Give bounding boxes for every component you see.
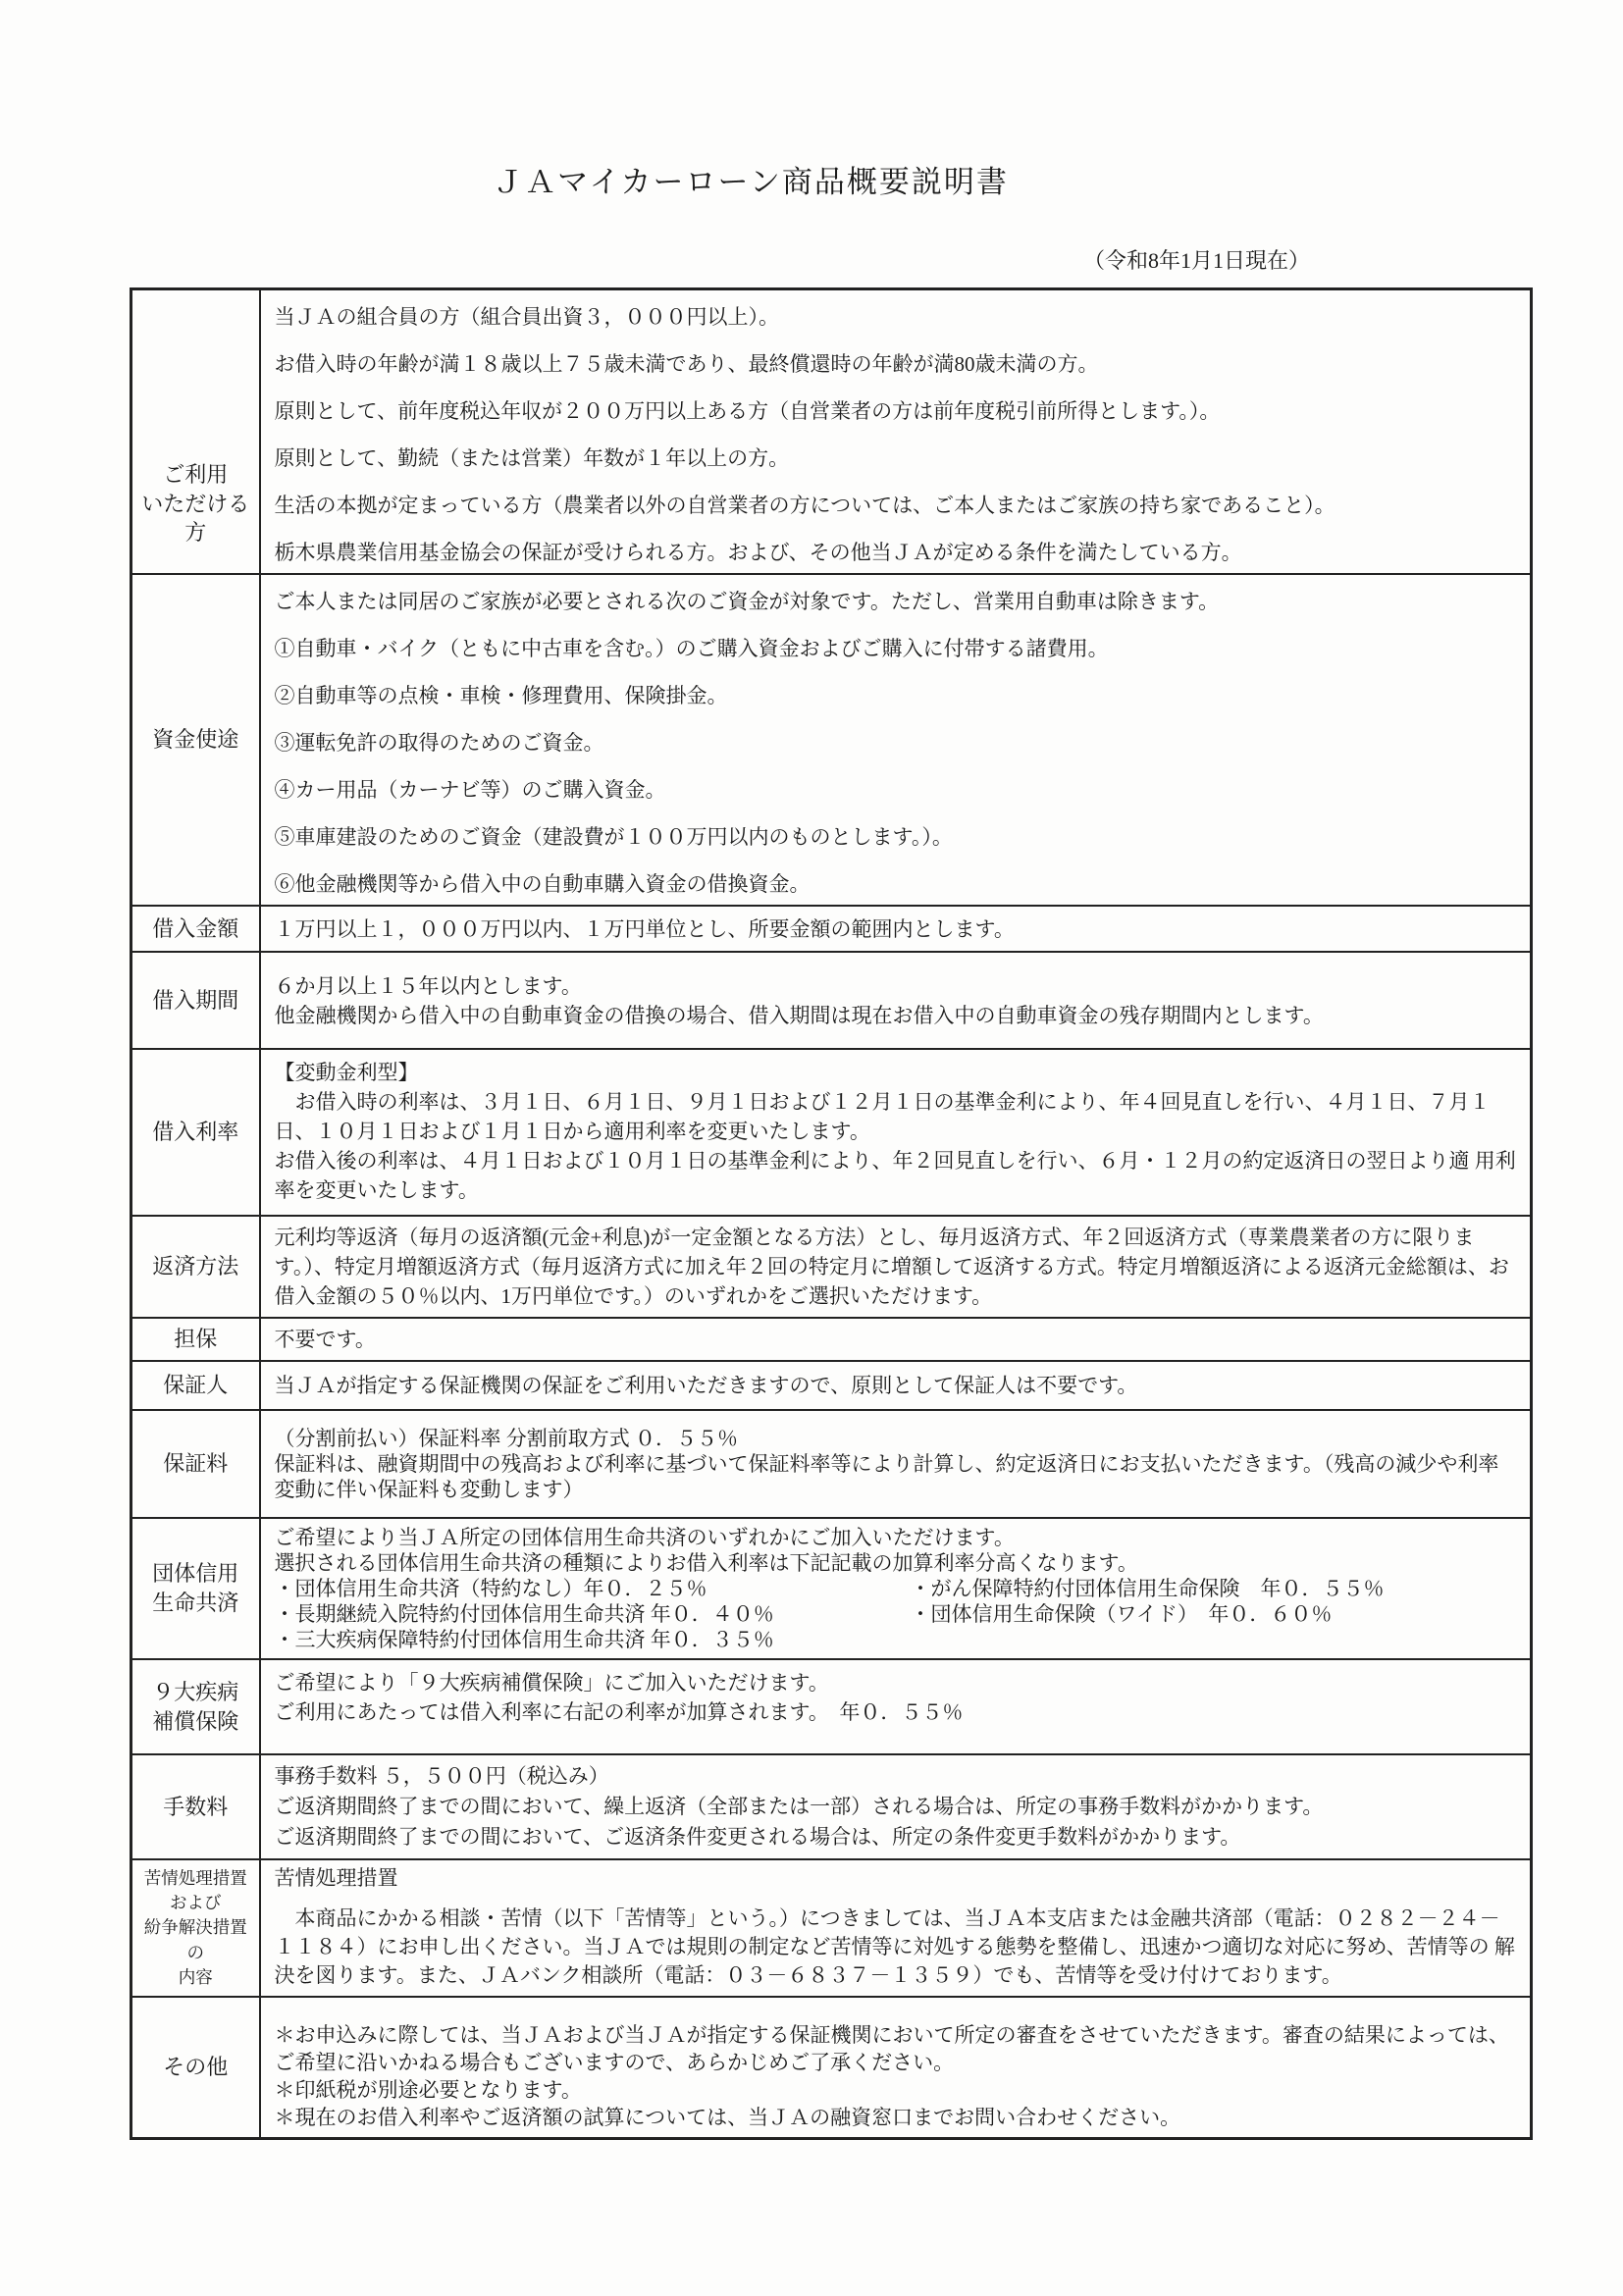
row-label-eligibility: ご利用 いただける方: [131, 289, 260, 575]
row-content-fees: 事務手数料 ５，５００円（税込み） ご返済期間終了までの間において、繰上返済（全…: [260, 1754, 1532, 1859]
paragraph: ＊お申込みに際しては、当ＪＡおよび当ＪＡが指定する保証機関において所定の審査をさ…: [275, 2021, 1517, 2131]
date-note: （令和8年1月1日現在）: [1083, 244, 1310, 275]
row-content-repayment-method: 元利均等返済（毎月の返済額(元金+利息)が一定金額となる方法）とし、毎月返済方式…: [260, 1216, 1532, 1318]
paragraph: ⑥他金融機関等から借入中の自動車購入資金の借換資金。: [275, 869, 1517, 899]
paragraph: ④カー用品（カーナビ等）のご購入資金。: [275, 775, 1517, 805]
paragraph: （分割前払い）保証料率 分割前取方式 ０．５５％ 保証料は、融資期間中の残高およ…: [275, 1426, 1517, 1502]
paragraph: 原則として、前年度税込年収が２００万円以上ある方（自営業者の方は前年度税引前所得…: [275, 396, 1517, 426]
paragraph: 元利均等返済（毎月の返済額(元金+利息)が一定金額となる方法）とし、毎月返済方式…: [275, 1223, 1517, 1311]
row-label-guarantor: 保証人: [131, 1361, 260, 1410]
list-item: ・三大疾病保障特約付団体信用生命共済 年０．３５％: [275, 1627, 911, 1652]
paragraph: 苦情処理措置: [275, 1864, 1517, 1893]
paragraph: 栃木県農業信用基金協会の保証が受けられる方。および、その他当ＪＡが定める条件を満…: [275, 538, 1517, 567]
table-row-guarantee-fee: 保証料 （分割前払い）保証料率 分割前取方式 ０．５５％ 保証料は、融資期間中の…: [131, 1410, 1532, 1518]
loan-spec-table: ご利用 いただける方 当ＪＡの組合員の方（組合員出資３，０００円以上）。 お借入…: [130, 287, 1533, 2140]
row-label-group-credit-life: 団体信用 生命共済: [131, 1518, 260, 1659]
table-row-fund-use: 資金使途 ご本人または同居のご家族が必要とされる次のご資金が対象です。ただし、営…: [131, 574, 1532, 906]
paragraph: ご希望により「９大疾病補償保険」にご加入いただけます。 ご利用にあたっては借入利…: [275, 1668, 1517, 1727]
row-content-group-credit-life: ご希望により当ＪＡ所定の団体信用生命共済のいずれかにご加入いただけます。 選択さ…: [260, 1518, 1532, 1659]
row-content-others: ＊お申込みに際しては、当ＪＡおよび当ＪＡが指定する保証機関において所定の審査をさ…: [260, 1997, 1532, 2139]
credit-life-options-left: ・団体信用生命共済（特約なし）年０．２５％ ・長期継続入院特約付団体信用生命共済…: [275, 1576, 911, 1652]
table-row-interest-rate: 借入利率 【変動金利型】 お借入時の利率は、３月１日、６月１日、９月１日および１…: [131, 1049, 1532, 1216]
paragraph: ご本人または同居のご家族が必要とされる次のご資金が対象です。ただし、営業用自動車…: [275, 587, 1517, 616]
paragraph: 生活の本拠が定まっている方（農業者以外の自営業者の方については、ご本人またはご家…: [275, 491, 1517, 520]
row-label-fees: 手数料: [131, 1754, 260, 1859]
paragraph: 事務手数料 ５，５００円（税込み） ご返済期間終了までの間において、繰上返済（全…: [275, 1761, 1517, 1852]
row-label-repayment-method: 返済方法: [131, 1216, 260, 1318]
page-title: ＪＡマイカーローン商品概要説明書: [0, 157, 1562, 201]
row-content-complaint-handling: 苦情処理措置 本商品にかかる相談・苦情（以下「苦情等」という。）につきましては、…: [260, 1859, 1532, 1997]
paragraph: 本商品にかかる相談・苦情（以下「苦情等」という。）につきましては、当ＪＡ本支店ま…: [275, 1905, 1517, 1990]
table-row-complaint-handling: 苦情処理措置 および 紛争解決措置 の 内容 苦情処理措置 本商品にかかる相談・…: [131, 1859, 1532, 1997]
row-content-collateral: 不要です。: [260, 1318, 1532, 1361]
row-content-fund-use: ご本人または同居のご家族が必要とされる次のご資金が対象です。ただし、営業用自動車…: [260, 574, 1532, 906]
paragraph: ⑤車庫建設のためのご資金（建設費が１００万円以内のものとします。）。: [275, 822, 1517, 852]
row-label-others: その他: [131, 1997, 260, 2139]
list-item: ・団体信用生命保険（ワイド） 年０．６０％: [911, 1601, 1517, 1627]
table-row-loan-amount: 借入金額 １万円以上１，０００万円以内、１万円単位とし、所要金額の範囲内とします…: [131, 906, 1532, 952]
list-item: ・がん保障特約付団体信用生命保険 年０．５５％: [911, 1576, 1517, 1601]
paragraph: 【変動金利型】 お借入時の利率は、３月１日、６月１日、９月１日および１２月１日の…: [275, 1058, 1517, 1205]
row-content-guarantee-fee: （分割前払い）保証料率 分割前取方式 ０．５５％ 保証料は、融資期間中の残高およ…: [260, 1410, 1532, 1518]
row-label-loan-amount: 借入金額: [131, 906, 260, 952]
row-label-fund-use: 資金使途: [131, 574, 260, 906]
table-row-eligibility: ご利用 いただける方 当ＪＡの組合員の方（組合員出資３，０００円以上）。 お借入…: [131, 289, 1532, 575]
table-row-fees: 手数料 事務手数料 ５，５００円（税込み） ご返済期間終了までの間において、繰上…: [131, 1754, 1532, 1859]
row-content-eligibility: 当ＪＡの組合員の方（組合員出資３，０００円以上）。 お借入時の年齢が満１８歳以上…: [260, 289, 1532, 575]
paragraph: 原則として、勤続（または営業）年数が１年以上の方。: [275, 444, 1517, 473]
table-row-collateral: 担保 不要です。: [131, 1318, 1532, 1361]
paragraph: ②自動車等の点検・車検・修理費用、保険掛金。: [275, 681, 1517, 710]
paragraph: ご希望により当ＪＡ所定の団体信用生命共済のいずれかにご加入いただけます。 選択さ…: [275, 1525, 1517, 1576]
list-item: ・長期継続入院特約付団体信用生命共済 年０．４０％: [275, 1601, 911, 1627]
row-content-loan-term: ６か月以上１５年以内とします。 他金融機関から借入中の自動車資金の借換の場合、借…: [260, 952, 1532, 1049]
credit-life-options-right: ・がん保障特約付団体信用生命保険 年０．５５％ ・団体信用生命保険（ワイド） 年…: [911, 1576, 1517, 1652]
row-label-interest-rate: 借入利率: [131, 1049, 260, 1216]
paragraph: ①自動車・バイク（ともに中古車を含む。）のご購入資金およびご購入に付帯する諸費用…: [275, 634, 1517, 663]
table-row-loan-term: 借入期間 ６か月以上１５年以内とします。 他金融機関から借入中の自動車資金の借換…: [131, 952, 1532, 1049]
paragraph: お借入時の年齢が満１８歳以上７５歳未満であり、最終償還時の年齢が満80歳未満の方…: [275, 349, 1517, 379]
row-content-loan-amount: １万円以上１，０００万円以内、１万円単位とし、所要金額の範囲内とします。: [260, 906, 1532, 952]
paragraph: 当ＪＡが指定する保証機関の保証をご利用いただきますので、原則として保証人は不要で…: [275, 1371, 1517, 1400]
row-label-loan-term: 借入期間: [131, 952, 260, 1049]
paragraph: １万円以上１，０００万円以内、１万円単位とし、所要金額の範囲内とします。: [275, 914, 1517, 944]
table-row-guarantor: 保証人 当ＪＡが指定する保証機関の保証をご利用いただきますので、原則として保証人…: [131, 1361, 1532, 1410]
list-item: ・団体信用生命共済（特約なし）年０．２５％: [275, 1576, 911, 1601]
paragraph: ③運転免許の取得のためのご資金。: [275, 728, 1517, 757]
row-content-guarantor: 当ＪＡが指定する保証機関の保証をご利用いただきますので、原則として保証人は不要で…: [260, 1361, 1532, 1410]
table-row-group-credit-life: 団体信用 生命共済 ご希望により当ＪＡ所定の団体信用生命共済のいずれかにご加入い…: [131, 1518, 1532, 1659]
row-content-interest-rate: 【変動金利型】 お借入時の利率は、３月１日、６月１日、９月１日および１２月１日の…: [260, 1049, 1532, 1216]
credit-life-options: ・団体信用生命共済（特約なし）年０．２５％ ・長期継続入院特約付団体信用生命共済…: [275, 1576, 1517, 1652]
table-row-repayment-method: 返済方法 元利均等返済（毎月の返済額(元金+利息)が一定金額となる方法）とし、毎…: [131, 1216, 1532, 1318]
paragraph: 不要です。: [275, 1325, 1517, 1354]
table-row-others: その他 ＊お申込みに際しては、当ＪＡおよび当ＪＡが指定する保証機関において所定の…: [131, 1997, 1532, 2139]
row-label-guarantee-fee: 保証料: [131, 1410, 260, 1518]
row-content-nine-disease-insurance: ご希望により「９大疾病補償保険」にご加入いただけます。 ご利用にあたっては借入利…: [260, 1659, 1532, 1754]
row-label-nine-disease-insurance: ９大疾病 補償保険: [131, 1659, 260, 1754]
paragraph: ６か月以上１５年以内とします。 他金融機関から借入中の自動車資金の借換の場合、借…: [275, 971, 1517, 1030]
table-row-nine-disease-insurance: ９大疾病 補償保険 ご希望により「９大疾病補償保険」にご加入いただけます。 ご利…: [131, 1659, 1532, 1754]
row-label-collateral: 担保: [131, 1318, 260, 1361]
row-label-complaint-handling: 苦情処理措置 および 紛争解決措置 の 内容: [131, 1859, 260, 1997]
paragraph: 当ＪＡの組合員の方（組合員出資３，０００円以上）。: [275, 302, 1517, 332]
